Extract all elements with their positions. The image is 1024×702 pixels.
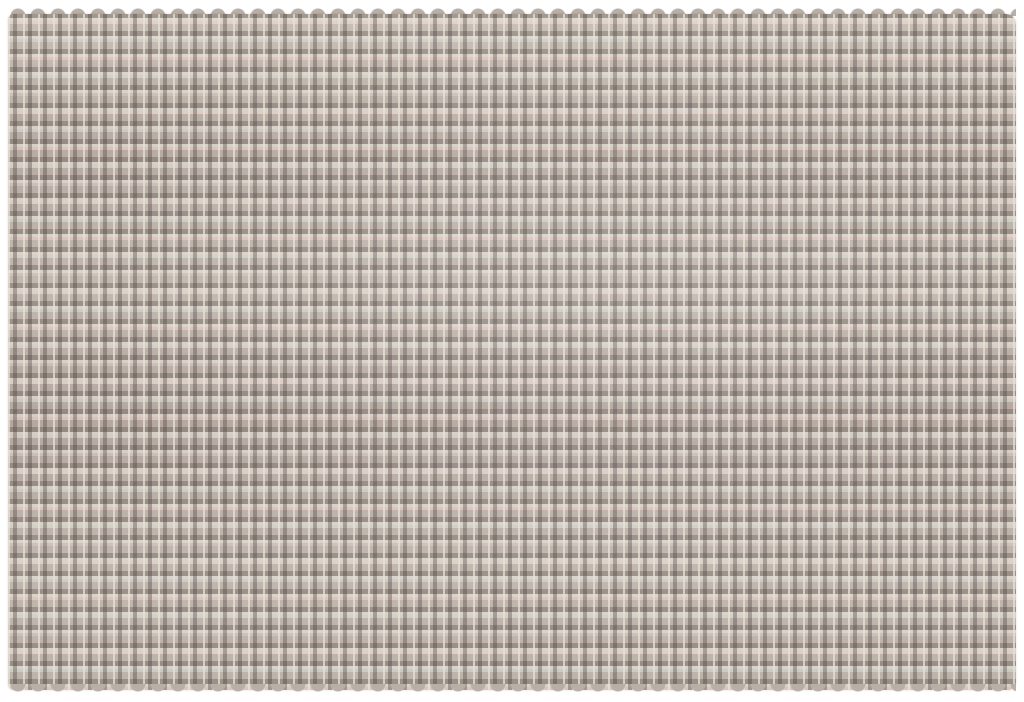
rug-bottom-edge <box>8 684 1016 694</box>
woven-rug: Rectangular hand-woven textured rug with… <box>8 14 1016 690</box>
